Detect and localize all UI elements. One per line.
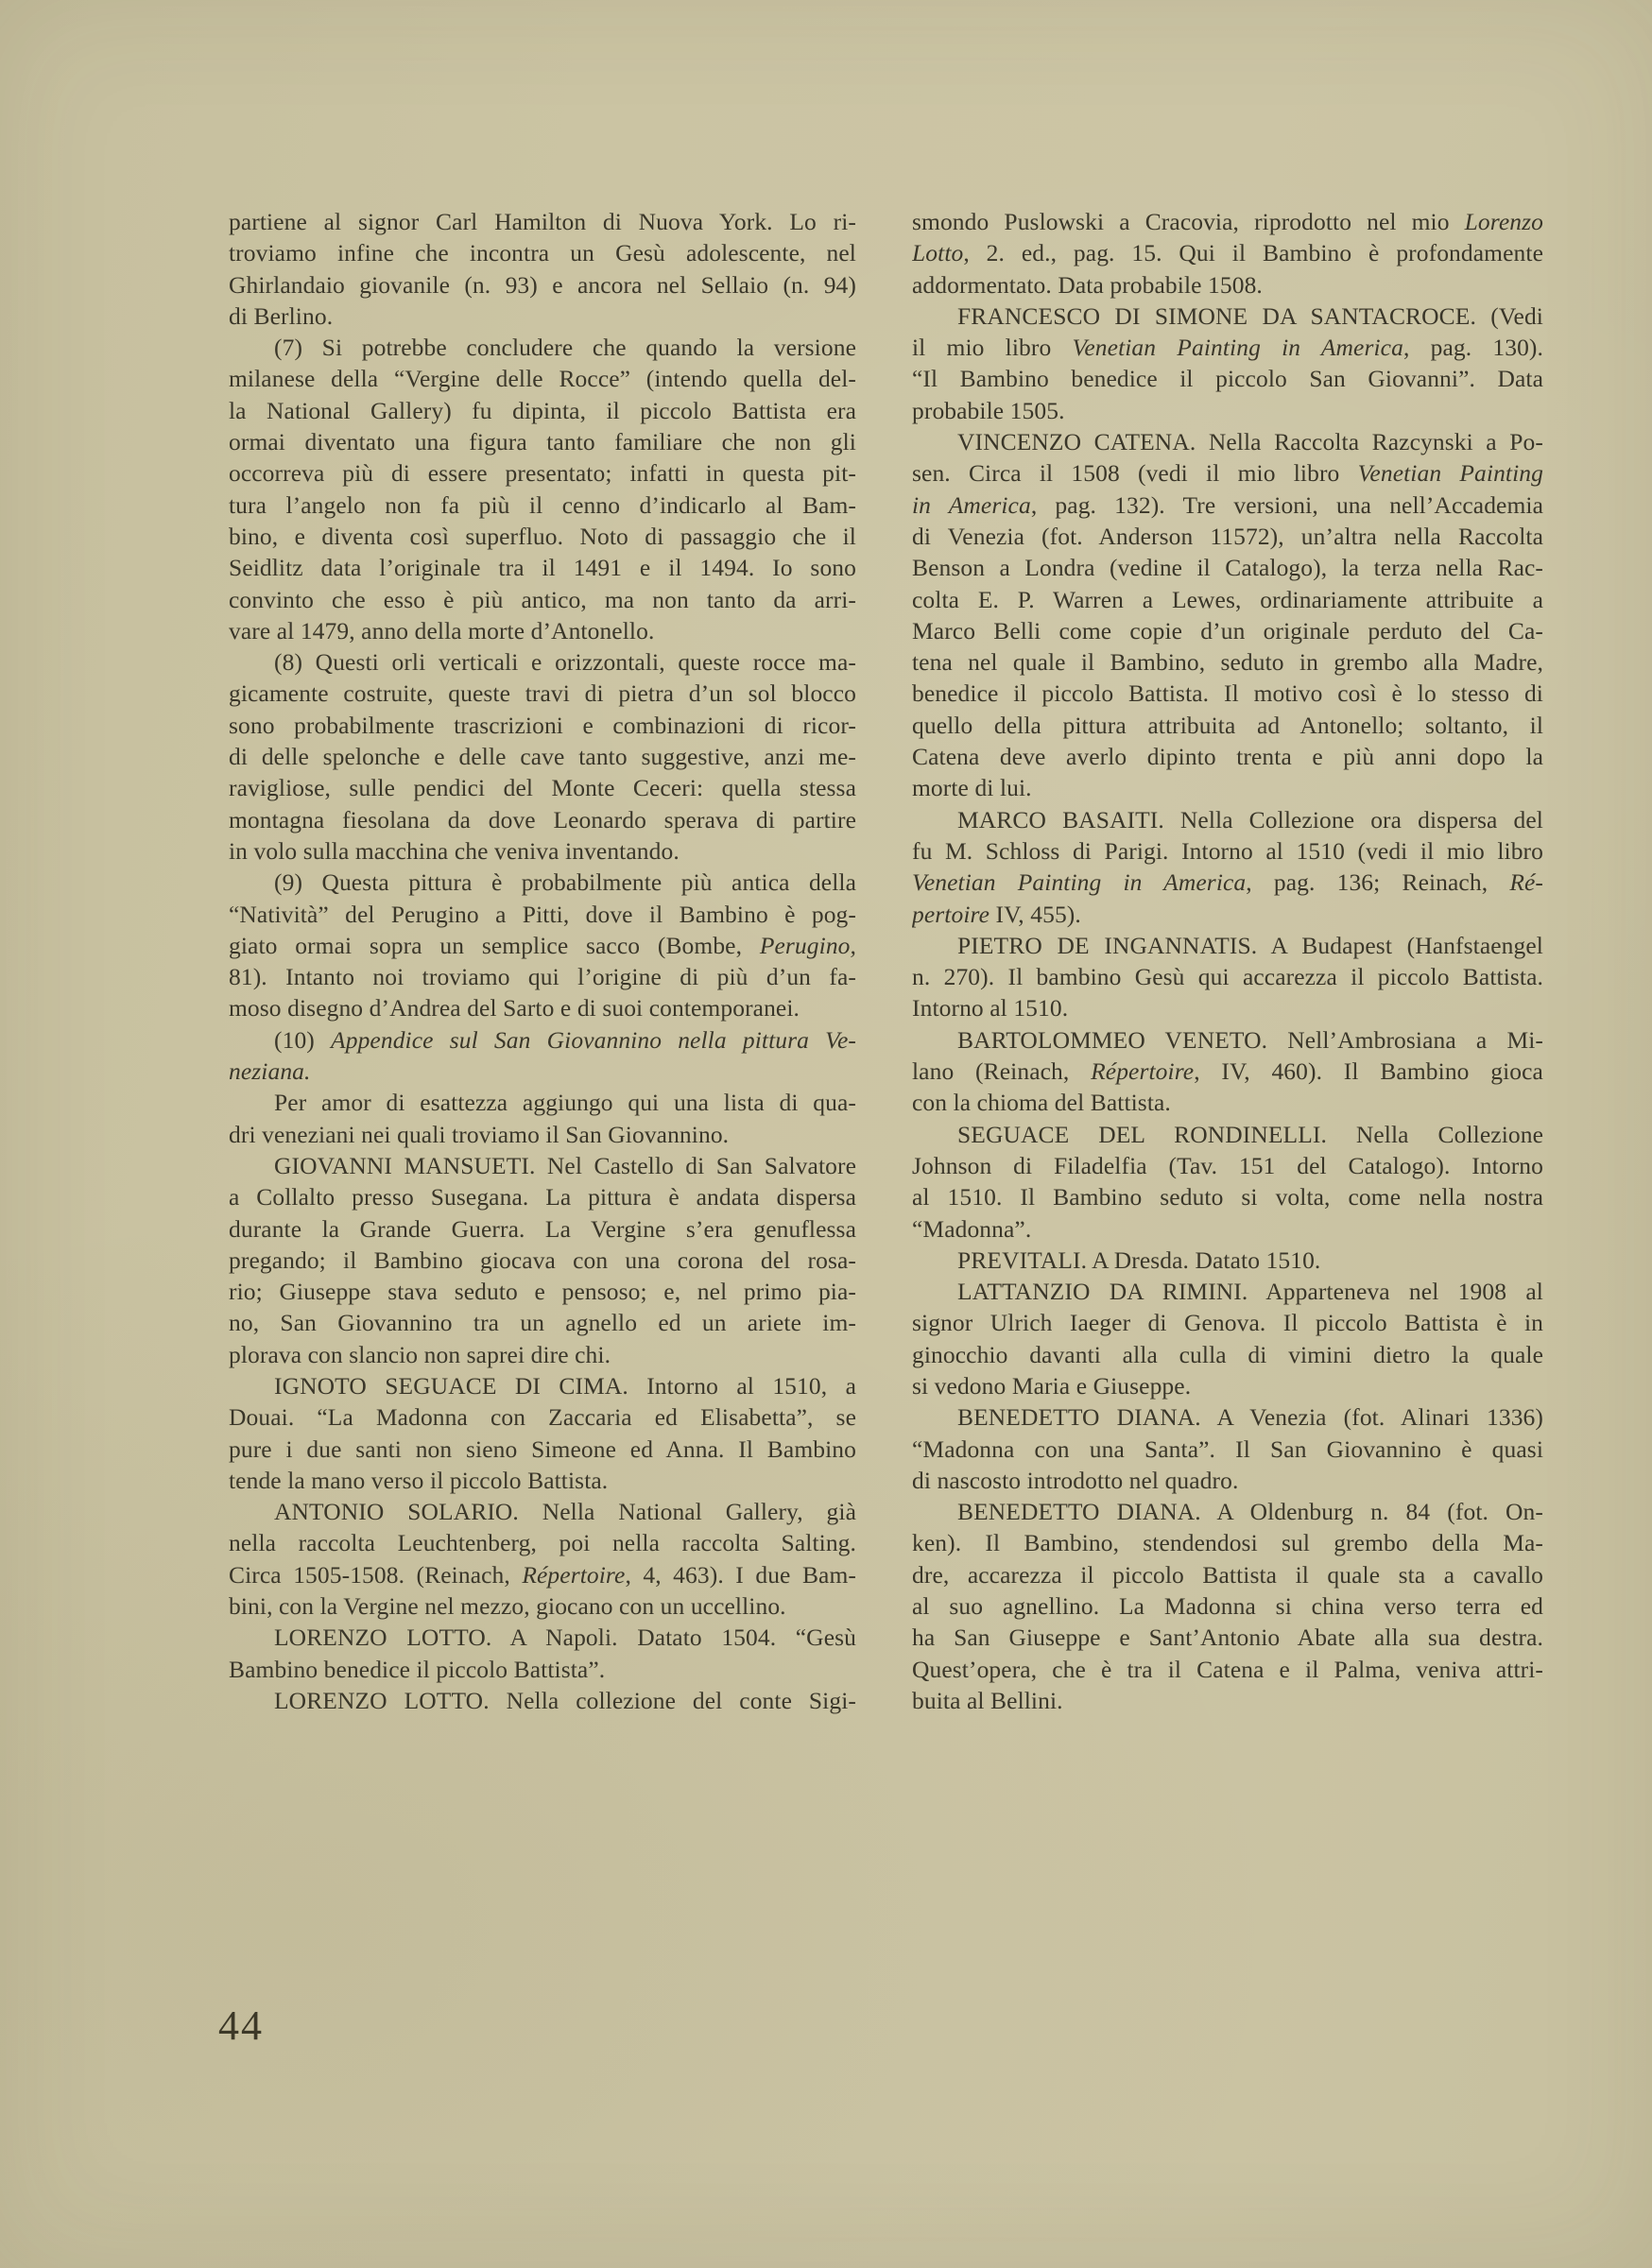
text-line: pregando; il Bambino giocava con una cor… bbox=[229, 1245, 856, 1276]
text-segment: (10) bbox=[274, 1026, 331, 1054]
text-line: Per amor di esattezza aggiungo qui una l… bbox=[229, 1087, 856, 1118]
text-segment: IGNOTO SEGUACE DI CIMA. Intorno al 1510,… bbox=[274, 1372, 856, 1400]
text-segment: benedice il piccolo Battista. Il motivo … bbox=[912, 679, 1543, 707]
text-segment: Marco Belli come copie d’un originale pe… bbox=[912, 617, 1543, 644]
text-segment: bini, con la Vergine nel mezzo, giocano … bbox=[229, 1592, 786, 1620]
text-segment: ormai diventato una figura tanto familia… bbox=[229, 428, 856, 455]
text-segment: Ghirlandaio giovanile (n. 93) e ancora n… bbox=[229, 271, 856, 299]
text-line: n. 270). Il bambino Gesù qui accarezza i… bbox=[912, 961, 1543, 992]
text-segment: dri veneziani nei quali troviamo il San … bbox=[229, 1121, 729, 1148]
text-line: fu M. Schloss di Parigi. Intorno al 1510… bbox=[912, 835, 1543, 867]
text-segment: ha San Giuseppe e Sant’Antonio Abate all… bbox=[912, 1624, 1543, 1651]
text-segment: Benson a Londra (vedine il Catalogo), la… bbox=[912, 554, 1543, 581]
text-segment: “Madonna”. bbox=[912, 1215, 1031, 1243]
text-line: nella raccolta Leuchtenberg, poi nella r… bbox=[229, 1527, 856, 1558]
text-segment: occorreva più di essere presentato; infa… bbox=[229, 459, 856, 487]
text-line: ormai diventato una figura tanto familia… bbox=[229, 426, 856, 457]
text-line: Johnson di Filadelfia (Tav. 151 del Cata… bbox=[912, 1150, 1543, 1181]
text-segment: SEGUACE DEL RONDINELLI. Nella Collezione bbox=[957, 1121, 1543, 1148]
text-line: “Madonna con una Santa”. Il San Giovanni… bbox=[912, 1434, 1543, 1465]
text-segment: pregando; il Bambino giocava con una cor… bbox=[229, 1246, 856, 1274]
italic-text-segment: Lotto bbox=[912, 239, 963, 266]
text-segment: quello della pittura attribuita ad Anton… bbox=[912, 712, 1543, 739]
text-line: vare al 1479, anno della morte d’Antonel… bbox=[229, 615, 856, 646]
text-line: Venetian Painting in America, pag. 136; … bbox=[912, 867, 1543, 898]
text-line: pertoire IV, 455). bbox=[912, 899, 1543, 930]
text-line: MARCO BASAITI. Nella Collezione ora disp… bbox=[912, 804, 1543, 835]
text-segment: si vedono Maria e Giuseppe. bbox=[912, 1372, 1191, 1400]
text-segment: n. 270). Il bambino Gesù qui accarezza i… bbox=[912, 963, 1543, 990]
text-segment: Per amor di esattezza aggiungo qui una l… bbox=[274, 1089, 856, 1116]
text-line: troviamo infine che incontra un Gesù ado… bbox=[229, 237, 856, 268]
text-segment: “Madonna con una Santa”. Il San Giovanni… bbox=[912, 1435, 1543, 1463]
text-segment: bino, e diventa così superfluo. Noto di … bbox=[229, 523, 856, 550]
text-line: Lotto, 2. ed., pag. 15. Qui il Bambino è… bbox=[912, 237, 1543, 268]
text-segment: montagna fiesolana da dove Leonardo sper… bbox=[229, 806, 856, 833]
text-segment: Bambino benedice il piccolo Battista”. bbox=[229, 1656, 605, 1683]
text-segment: LORENZO LOTTO. Nella collezione del cont… bbox=[274, 1687, 856, 1714]
text-line: LATTANZIO DA RIMINI. Apparteneva nel 190… bbox=[912, 1276, 1543, 1307]
text-segment: , IV, 460). Il Bambino gioca bbox=[1194, 1057, 1543, 1085]
text-segment: con la chioma del Battista. bbox=[912, 1089, 1171, 1116]
text-segment: (7) Si potrebbe concludere che quando la… bbox=[274, 334, 856, 361]
text-line: morte di lui. bbox=[912, 772, 1543, 803]
text-line: milanese della “Vergine delle Rocce” (in… bbox=[229, 363, 856, 394]
text-line: 81). Intanto noi troviamo qui l’origine … bbox=[229, 961, 856, 992]
text-segment: al 1510. Il Bambino seduto si volta, com… bbox=[912, 1183, 1543, 1211]
text-segment: ANTONIO SOLARIO. Nella National Gallery,… bbox=[274, 1498, 856, 1525]
text-line: (8) Questi orli verticali e orizzontali,… bbox=[229, 646, 856, 678]
text-line: in America, pag. 132). Tre versioni, una… bbox=[912, 490, 1543, 521]
italic-text-segment: neziana. bbox=[229, 1057, 311, 1085]
text-line: convinto che esso è più antico, ma non t… bbox=[229, 584, 856, 615]
text-segment: di nascosto introdotto nel quadro. bbox=[912, 1467, 1238, 1494]
text-segment: moso disegno d’Andrea del Sarto e di suo… bbox=[229, 994, 800, 1022]
text-line: gicamente costruite, queste travi di pie… bbox=[229, 678, 856, 709]
text-line: (10) Appendice sul San Giovannino nella … bbox=[229, 1024, 856, 1056]
text-segment: IV, 455). bbox=[989, 901, 1081, 928]
text-line: ravigliose, sulle pendici del Monte Cece… bbox=[229, 772, 856, 803]
text-segment: milanese della “Vergine delle Rocce” (in… bbox=[229, 365, 856, 392]
text-segment: la National Gallery) fu dipinta, il picc… bbox=[229, 397, 856, 424]
text-segment: di Venezia (fot. Anderson 11572), un’alt… bbox=[912, 523, 1543, 550]
text-segment: signor Ulrich Iaeger di Genova. Il picco… bbox=[912, 1309, 1543, 1336]
text-segment: , 4, 463). I due Bam- bbox=[625, 1561, 856, 1589]
text-line: montagna fiesolana da dove Leonardo sper… bbox=[229, 804, 856, 835]
text-segment: , pag. 132). Tre versioni, una nell’Acca… bbox=[1031, 491, 1543, 519]
text-line: la National Gallery) fu dipinta, il picc… bbox=[229, 395, 856, 426]
text-segment: tena nel quale il Bambino, seduto in gre… bbox=[912, 648, 1543, 676]
text-line: PREVITALI. A Dresda. Datato 1510. bbox=[912, 1245, 1543, 1276]
text-line: sen. Circa il 1508 (vedi il mio libro Ve… bbox=[912, 457, 1543, 489]
text-segment: Quest’opera, che è tra il Catena e il Pa… bbox=[912, 1656, 1543, 1683]
italic-text-segment: in America bbox=[912, 491, 1031, 519]
italic-text-segment: Ré- bbox=[1509, 868, 1543, 896]
text-segment: MARCO BASAITI. Nella Collezione ora disp… bbox=[957, 806, 1543, 833]
text-line: giato ormai sopra un semplice sacco (Bom… bbox=[229, 930, 856, 961]
italic-text-segment: Répertoire bbox=[522, 1561, 625, 1589]
text-segment: GIOVANNI MANSUETI. Nel Castello di San S… bbox=[274, 1152, 856, 1179]
text-line: LORENZO LOTTO. Nella collezione del cont… bbox=[229, 1685, 856, 1716]
text-segment: PIETRO DE INGANNATIS. A Budapest (Hanfst… bbox=[957, 932, 1543, 959]
text-segment: VINCENZO CATENA. Nella Raccolta Razcynsk… bbox=[957, 428, 1543, 455]
text-segment: Catena deve averlo dipinto trenta e più … bbox=[912, 743, 1543, 770]
text-line: Circa 1505-1508. (Reinach, Répertoire, 4… bbox=[229, 1559, 856, 1590]
text-line: rio; Giuseppe stava seduto e pensoso; e,… bbox=[229, 1276, 856, 1307]
text-segment: plorava con slancio non saprei dire chi. bbox=[229, 1341, 611, 1368]
text-column-right: smondo Puslowski a Cracovia, riprodotto … bbox=[912, 206, 1543, 1716]
text-segment: LORENZO LOTTO. A Napoli. Datato 1504. “G… bbox=[274, 1624, 856, 1651]
text-line: bino, e diventa così superfluo. Noto di … bbox=[229, 521, 856, 552]
text-line: si vedono Maria e Giuseppe. bbox=[912, 1370, 1543, 1401]
text-line: SEGUACE DEL RONDINELLI. Nella Collezione bbox=[912, 1119, 1543, 1150]
text-segment: “Natività” del Perugino a Pitti, dove il… bbox=[229, 901, 856, 928]
text-line: probabile 1505. bbox=[912, 395, 1543, 426]
text-segment: smondo Puslowski a Cracovia, riprodotto … bbox=[912, 208, 1465, 235]
text-line: Marco Belli come copie d’un originale pe… bbox=[912, 615, 1543, 646]
text-segment: FRANCESCO DI SIMONE DA SANTACROCE. (Vedi bbox=[957, 302, 1543, 330]
text-segment: dre, accarezza il piccolo Battista il qu… bbox=[912, 1561, 1543, 1589]
text-segment: durante la Grande Guerra. La Vergine s’e… bbox=[229, 1215, 856, 1243]
text-segment: ravigliose, sulle pendici del Monte Cece… bbox=[229, 774, 856, 801]
text-segment: il mio libro bbox=[912, 334, 1073, 361]
text-line: buita al Bellini. bbox=[912, 1685, 1543, 1716]
text-segment: tura l’angelo non fa più il cenno d’indi… bbox=[229, 491, 856, 519]
text-line: di Venezia (fot. Anderson 11572), un’alt… bbox=[912, 521, 1543, 552]
text-line: lano (Reinach, Répertoire, IV, 460). Il … bbox=[912, 1056, 1543, 1087]
text-segment: tende la mano verso il piccolo Battista. bbox=[229, 1467, 608, 1494]
text-segment: convinto che esso è più antico, ma non t… bbox=[229, 586, 856, 613]
text-segment: Intorno al 1510. bbox=[912, 994, 1068, 1022]
text-segment: giato ormai sopra un semplice sacco (Bom… bbox=[229, 932, 760, 959]
text-segment: fu M. Schloss di Parigi. Intorno al 1510… bbox=[912, 837, 1543, 865]
text-line: BENEDETTO DIANA. A Oldenburg n. 84 (fot.… bbox=[912, 1496, 1543, 1527]
text-segment: , 2. ed., pag. 15. Qui il Bambino è prof… bbox=[963, 239, 1543, 266]
text-segment: no, San Giovannino tra un agnello ed un … bbox=[229, 1309, 856, 1336]
text-line: BENEDETTO DIANA. A Venezia (fot. Alinari… bbox=[912, 1401, 1543, 1433]
text-segment: Seidlitz data l’originale tra il 1491 e … bbox=[229, 554, 856, 581]
text-line: bini, con la Vergine nel mezzo, giocano … bbox=[229, 1590, 856, 1622]
text-line: Quest’opera, che è tra il Catena e il Pa… bbox=[912, 1654, 1543, 1685]
italic-text-segment: Venetian Painting in America bbox=[912, 868, 1246, 896]
text-line: Seidlitz data l’originale tra il 1491 e … bbox=[229, 552, 856, 583]
text-line: partiene al signor Carl Hamilton di Nuov… bbox=[229, 206, 856, 237]
text-line: tura l’angelo non fa più il cenno d’indi… bbox=[229, 490, 856, 521]
text-segment: BENEDETTO DIANA. A Venezia (fot. Alinari… bbox=[957, 1403, 1543, 1431]
text-segment: vare al 1479, anno della morte d’Antonel… bbox=[229, 617, 654, 644]
text-line: no, San Giovannino tra un agnello ed un … bbox=[229, 1307, 856, 1338]
text-line: Catena deve averlo dipinto trenta e più … bbox=[912, 741, 1543, 772]
text-segment: al suo agnellino. La Madonna si china ve… bbox=[912, 1592, 1543, 1620]
text-segment: in volo sulla macchina che veniva invent… bbox=[229, 837, 680, 865]
text-line: ANTONIO SOLARIO. Nella National Gallery,… bbox=[229, 1496, 856, 1527]
text-line: Intorno al 1510. bbox=[912, 992, 1543, 1023]
italic-text-segment: Venetian Painting bbox=[1358, 459, 1543, 487]
text-segment: ken). Il Bambino, stendendosi sul grembo… bbox=[912, 1529, 1543, 1556]
text-line: Bambino benedice il piccolo Battista”. bbox=[229, 1654, 856, 1685]
text-line: benedice il piccolo Battista. Il motivo … bbox=[912, 678, 1543, 709]
book-page: partiene al signor Carl Hamilton di Nuov… bbox=[0, 0, 1652, 2268]
italic-text-segment: Lorenzo bbox=[1465, 208, 1543, 235]
text-line: IGNOTO SEGUACE DI CIMA. Intorno al 1510,… bbox=[229, 1370, 856, 1401]
text-line: PIETRO DE INGANNATIS. A Budapest (Hanfst… bbox=[912, 930, 1543, 961]
text-segment: nella raccolta Leuchtenberg, poi nella r… bbox=[229, 1529, 856, 1556]
italic-text-segment: Venetian Painting in America bbox=[1073, 334, 1403, 361]
text-line: Ghirlandaio giovanile (n. 93) e ancora n… bbox=[229, 269, 856, 301]
text-line: tena nel quale il Bambino, seduto in gre… bbox=[912, 646, 1543, 678]
text-line: quello della pittura attribuita ad Anton… bbox=[912, 710, 1543, 741]
text-segment: 81). Intanto noi troviamo qui l’origine … bbox=[229, 963, 856, 990]
text-segment: Douai. “La Madonna con Zaccaria ed Elisa… bbox=[229, 1403, 856, 1431]
page-number: 44 bbox=[218, 2005, 264, 2047]
text-line: addormentato. Data probabile 1508. bbox=[912, 269, 1543, 301]
text-line: colta E. P. Warren a Lewes, ordinariamen… bbox=[912, 584, 1543, 615]
text-line: occorreva più di essere presentato; infa… bbox=[229, 457, 856, 489]
text-segment: di Berlino. bbox=[229, 302, 333, 330]
text-segment: Circa 1505-1508. (Reinach, bbox=[229, 1561, 522, 1589]
text-segment: probabile 1505. bbox=[912, 397, 1065, 424]
text-line: di delle spelonche e delle cave tanto su… bbox=[229, 741, 856, 772]
text-line: dri veneziani nei quali troviamo il San … bbox=[229, 1119, 856, 1150]
text-line: (9) Questa pittura è probabilmente più a… bbox=[229, 867, 856, 898]
text-segment: addormentato. Data probabile 1508. bbox=[912, 271, 1263, 299]
text-segment: sono probabilmente trascrizioni e combin… bbox=[229, 712, 856, 739]
text-line: Douai. “La Madonna con Zaccaria ed Elisa… bbox=[229, 1401, 856, 1433]
text-segment: a Collalto presso Susegana. La pittura è… bbox=[229, 1183, 856, 1211]
text-line: (7) Si potrebbe concludere che quando la… bbox=[229, 332, 856, 363]
text-line: Benson a Londra (vedine il Catalogo), la… bbox=[912, 552, 1543, 583]
text-line: BARTOLOMMEO VENETO. Nell’Ambrosiana a Mi… bbox=[912, 1024, 1543, 1056]
text-segment: ginocchio davanti alla culla di vimini d… bbox=[912, 1341, 1543, 1368]
text-segment: morte di lui. bbox=[912, 774, 1032, 801]
text-segment: PREVITALI. A Dresda. Datato 1510. bbox=[957, 1246, 1320, 1274]
text-segment: buita al Bellini. bbox=[912, 1687, 1063, 1714]
text-segment: troviamo infine che incontra un Gesù ado… bbox=[229, 239, 856, 266]
text-line: il mio libro Venetian Painting in Americ… bbox=[912, 332, 1543, 363]
text-segment: pure i due santi non sieno Simeone ed An… bbox=[229, 1435, 856, 1463]
text-line: di Berlino. bbox=[229, 301, 856, 332]
text-segment: (8) Questi orli verticali e orizzontali,… bbox=[274, 648, 856, 676]
text-line: signor Ulrich Iaeger di Genova. Il picco… bbox=[912, 1307, 1543, 1338]
text-line: al 1510. Il Bambino seduto si volta, com… bbox=[912, 1181, 1543, 1212]
italic-text-segment: Appendice sul San Giovannino nella pittu… bbox=[331, 1026, 856, 1054]
text-segment: lano (Reinach, bbox=[912, 1057, 1091, 1085]
text-line: tende la mano verso il piccolo Battista. bbox=[229, 1465, 856, 1496]
text-segment: (9) Questa pittura è probabilmente più a… bbox=[274, 868, 856, 896]
text-line: GIOVANNI MANSUETI. Nel Castello di San S… bbox=[229, 1150, 856, 1181]
text-line: moso disegno d’Andrea del Sarto e di suo… bbox=[229, 992, 856, 1023]
text-segment: Johnson di Filadelfia (Tav. 151 del Cata… bbox=[912, 1152, 1543, 1179]
text-column-left: partiene al signor Carl Hamilton di Nuov… bbox=[229, 206, 856, 1716]
italic-text-segment: pertoire bbox=[912, 901, 989, 928]
text-line: plorava con slancio non saprei dire chi. bbox=[229, 1339, 856, 1370]
text-line: neziana. bbox=[229, 1056, 856, 1087]
text-segment: BENEDETTO DIANA. A Oldenburg n. 84 (fot.… bbox=[957, 1498, 1543, 1525]
text-segment: , pag. 130). bbox=[1403, 334, 1543, 361]
text-segment: gicamente costruite, queste travi di pie… bbox=[229, 679, 856, 707]
text-line: VINCENZO CATENA. Nella Raccolta Razcynsk… bbox=[912, 426, 1543, 457]
text-line: “Natività” del Perugino a Pitti, dove il… bbox=[229, 899, 856, 930]
text-segment: di delle spelonche e delle cave tanto su… bbox=[229, 743, 856, 770]
text-line: di nascosto introdotto nel quadro. bbox=[912, 1465, 1543, 1496]
italic-text-segment: Répertoire bbox=[1091, 1057, 1194, 1085]
text-line: pure i due santi non sieno Simeone ed An… bbox=[229, 1434, 856, 1465]
text-segment: sen. Circa il 1508 (vedi il mio libro bbox=[912, 459, 1358, 487]
text-line: ha San Giuseppe e Sant’Antonio Abate all… bbox=[912, 1622, 1543, 1653]
text-line: durante la Grande Guerra. La Vergine s’e… bbox=[229, 1213, 856, 1245]
text-line: al suo agnellino. La Madonna si china ve… bbox=[912, 1590, 1543, 1622]
text-segment: partiene al signor Carl Hamilton di Nuov… bbox=[229, 208, 856, 235]
text-segment: rio; Giuseppe stava seduto e pensoso; e,… bbox=[229, 1278, 856, 1305]
text-segment: LATTANZIO DA RIMINI. Apparteneva nel 190… bbox=[957, 1278, 1543, 1305]
text-line: “Madonna”. bbox=[912, 1213, 1543, 1245]
text-line: dre, accarezza il piccolo Battista il qu… bbox=[912, 1559, 1543, 1590]
text-line: FRANCESCO DI SIMONE DA SANTACROCE. (Vedi bbox=[912, 301, 1543, 332]
text-segment: BARTOLOMMEO VENETO. Nell’Ambrosiana a Mi… bbox=[957, 1026, 1543, 1054]
text-line: a Collalto presso Susegana. La pittura è… bbox=[229, 1181, 856, 1212]
text-line: sono probabilmente trascrizioni e combin… bbox=[229, 710, 856, 741]
text-line: in volo sulla macchina che veniva invent… bbox=[229, 835, 856, 867]
text-segment: colta E. P. Warren a Lewes, ordinariamen… bbox=[912, 586, 1543, 613]
text-line: ken). Il Bambino, stendendosi sul grembo… bbox=[912, 1527, 1543, 1558]
text-line: ginocchio davanti alla culla di vimini d… bbox=[912, 1339, 1543, 1370]
text-segment: “Il Bambino benedice il piccolo San Giov… bbox=[912, 365, 1543, 392]
text-line: LORENZO LOTTO. A Napoli. Datato 1504. “G… bbox=[229, 1622, 856, 1653]
italic-text-segment: Perugino, bbox=[760, 932, 856, 959]
text-line: “Il Bambino benedice il piccolo San Giov… bbox=[912, 363, 1543, 394]
text-segment: , pag. 136; Reinach, bbox=[1246, 868, 1509, 896]
text-line: smondo Puslowski a Cracovia, riprodotto … bbox=[912, 206, 1543, 237]
text-line: con la chioma del Battista. bbox=[912, 1087, 1543, 1118]
